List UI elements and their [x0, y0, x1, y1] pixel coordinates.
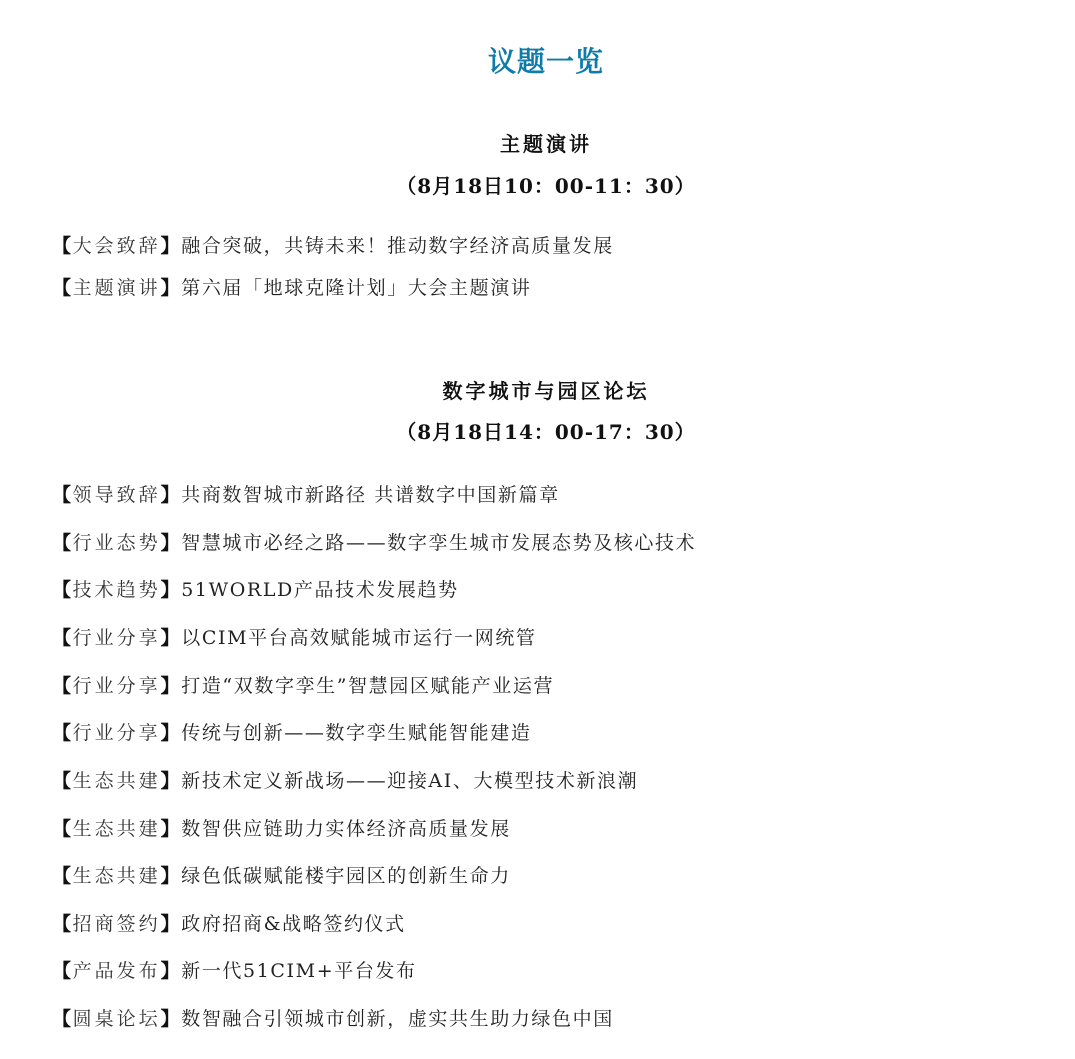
agenda-item: 【大会致辞】融合突破，共铸未来！推动数字经济高质量发展 — [52, 234, 614, 258]
agenda-text: 第六届「地球克隆计划」大会主题演讲 — [181, 277, 531, 299]
agenda-text: 新技术定义新战场——迎接AI、大模型技术新浪潮 — [181, 770, 638, 792]
agenda-tag: 行业分享 — [73, 675, 161, 697]
agenda-text: 融合突破，共铸未来！推动数字经济高质量发展 — [181, 235, 614, 257]
agenda-tag: 行业态势 — [73, 532, 161, 554]
agenda-item: 【行业态势】智慧城市必经之路——数字孪生城市发展态势及核心技术 — [52, 531, 696, 555]
agenda-tag: 技术趋势 — [73, 579, 161, 601]
page-title: 议题一览 — [0, 40, 1075, 80]
agenda-tag: 生态共建 — [73, 770, 161, 792]
agenda-item: 【生态共建】数智供应链助力实体经济高质量发展 — [52, 817, 511, 841]
agenda-item: 【技术趋势】51WORLD产品技术发展趋势 — [52, 578, 459, 602]
agenda-text: 数智供应链助力实体经济高质量发展 — [181, 818, 511, 840]
agenda-item: 【圆桌论坛】数智融合引领城市创新，虚实共生助力绿色中国 — [52, 1007, 614, 1031]
agenda-tag: 生态共建 — [73, 818, 161, 840]
agenda-text: 智慧城市必经之路——数字孪生城市发展态势及核心技术 — [181, 532, 696, 554]
agenda-tag: 领导致辞 — [73, 484, 161, 506]
agenda-text: 51WORLD产品技术发展趋势 — [181, 579, 458, 601]
agenda-tag: 圆桌论坛 — [73, 1008, 161, 1030]
agenda-tag: 招商签约 — [73, 913, 161, 935]
agenda-item: 【招商签约】政府招商&战略签约仪式 — [52, 912, 406, 936]
agenda-text: 传统与创新——数字孪生赋能智能建造 — [181, 722, 531, 744]
agenda-tag: 产品发布 — [73, 960, 161, 982]
section-time-keynote: （8月18日10：00-11：30） — [0, 170, 1075, 199]
agenda-item: 【行业分享】打造“双数字孪生”智慧园区赋能产业运营 — [52, 674, 554, 698]
agenda-tag: 生态共建 — [73, 865, 161, 887]
agenda-item: 【行业分享】传统与创新——数字孪生赋能智能建造 — [52, 721, 531, 745]
section-time-digital-city-forum: （8月18日14：00-17：30） — [0, 416, 1075, 445]
agenda-item: 【行业分享】以CIM平台高效赋能城市运行一网统管 — [52, 626, 537, 650]
section-title-digital-city-forum: 数字城市与园区论坛 — [0, 375, 1075, 404]
agenda-text: 打造“双数字孪生”智慧园区赋能产业运营 — [181, 675, 554, 697]
agenda-tag: 行业分享 — [73, 722, 161, 744]
agenda-item: 【生态共建】新技术定义新战场——迎接AI、大模型技术新浪潮 — [52, 769, 638, 793]
agenda-item: 【生态共建】绿色低碳赋能楼宇园区的创新生命力 — [52, 864, 511, 888]
agenda-text: 共商数智城市新路径 共谱数字中国新篇章 — [181, 484, 559, 506]
agenda-tag: 行业分享 — [73, 627, 161, 649]
section-title-keynote: 主题演讲 — [0, 128, 1075, 157]
agenda-item: 【产品发布】新一代51CIM+平台发布 — [52, 959, 417, 983]
agenda-text: 数智融合引领城市创新，虚实共生助力绿色中国 — [181, 1008, 614, 1030]
agenda-text: 绿色低碳赋能楼宇园区的创新生命力 — [181, 865, 511, 887]
agenda-tag: 主题演讲 — [73, 277, 161, 299]
agenda-tag: 大会致辞 — [73, 235, 161, 257]
agenda-item: 【领导致辞】共商数智城市新路径 共谱数字中国新篇章 — [52, 483, 560, 507]
agenda-text: 新一代51CIM+平台发布 — [181, 960, 416, 982]
agenda-item: 【主题演讲】第六届「地球克隆计划」大会主题演讲 — [52, 276, 531, 300]
agenda-text: 以CIM平台高效赋能城市运行一网统管 — [181, 627, 536, 649]
agenda-text: 政府招商&战略签约仪式 — [181, 913, 406, 935]
